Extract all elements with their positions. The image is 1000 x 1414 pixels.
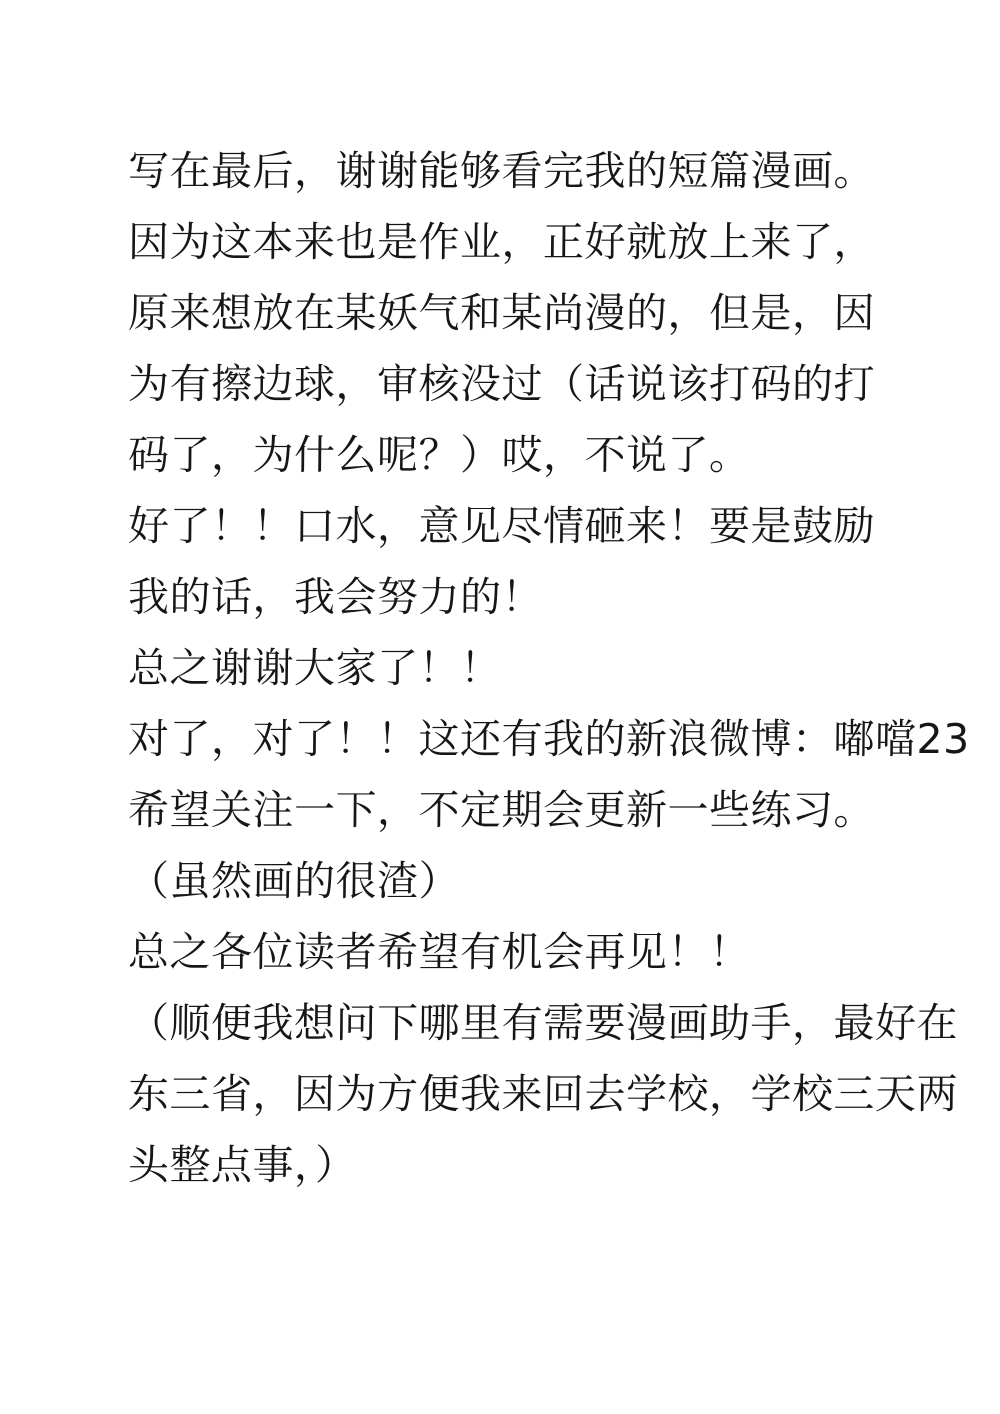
- afterword-line: 写在最后，谢谢能够看完我的短篇漫画。: [128, 136, 961, 207]
- afterword-line: 码了，为什么呢？）哎，不说了。: [128, 420, 961, 491]
- afterword-line: （虽然画的很渣）: [128, 846, 961, 917]
- afterword-line: 东三省，因为方便我来回去学校，学校三天两: [128, 1059, 961, 1130]
- afterword-line: （顺便我想问下哪里有需要漫画助手，最好在: [128, 988, 961, 1059]
- afterword-line-weibo: 对了，对了！！这还有我的新浪微博：嘟噹23: [128, 704, 961, 775]
- afterword-line: 头整点事，）: [128, 1130, 961, 1201]
- afterword-line: 为有擦边球，审核没过（话说该打码的打: [128, 349, 961, 420]
- afterword-line: 我的话，我会努力的！: [128, 562, 961, 633]
- afterword-text-block: 写在最后，谢谢能够看完我的短篇漫画。 因为这本来也是作业，正好就放上来了， 原来…: [128, 136, 960, 1201]
- afterword-line: 总之各位读者希望有机会再见！！: [128, 917, 961, 988]
- afterword-line: 总之谢谢大家了！！: [128, 633, 961, 704]
- afterword-line: 原来想放在某妖气和某尚漫的，但是，因: [128, 278, 961, 349]
- afterword-line: 希望关注一下，不定期会更新一些练习。: [128, 775, 961, 846]
- afterword-page: 写在最后，谢谢能够看完我的短篇漫画。 因为这本来也是作业，正好就放上来了， 原来…: [0, 0, 1000, 1414]
- afterword-line: 好了！！口水，意见尽情砸来！要是鼓励: [128, 491, 961, 562]
- afterword-line: 因为这本来也是作业，正好就放上来了，: [128, 207, 961, 278]
